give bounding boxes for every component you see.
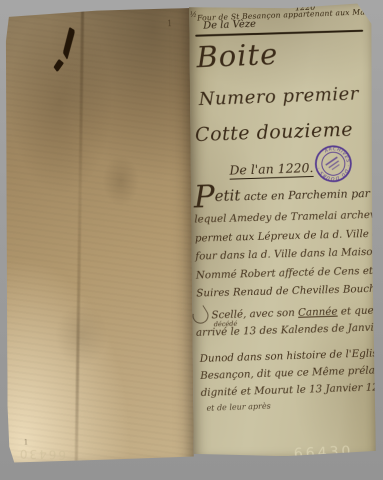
parchment-texture — [4, 8, 194, 463]
body-paragraph-2: Scellé, avec son Cannée et quel archevêq… — [195, 305, 374, 339]
body-line: Suires Renaud de Chevilles Boucher. — [196, 280, 374, 303]
body-paragraph-3: Dunod dans son histoire de l'Eglise de B… — [199, 345, 375, 401]
right-page: ½ 1220 Four de St Besançon appartenant a… — [189, 3, 376, 457]
interline-insertion: décédé — [214, 320, 238, 329]
body-paragraph-1: Petit acte en Parchemin par lequel Amede… — [193, 180, 374, 303]
title-boite: Boite — [196, 37, 279, 75]
margin-fraction-mark: ½ — [190, 11, 197, 19]
catalog-number: 66430 — [294, 444, 354, 463]
p2-underlined-word: Cannée — [298, 306, 338, 319]
header-line-2: De la Vèze — [203, 19, 256, 32]
title-date-line: De l'an 1220. — [229, 160, 314, 180]
scanned-manuscript: 1 1 66430 ½ 1220 Four de St Besançon app… — [0, 0, 383, 480]
pen-flourish — [189, 305, 211, 327]
p2-text-post: et quel archevêque — [337, 303, 383, 318]
catalog-number-inverted: 66430 — [18, 447, 67, 462]
small-pencil-mark: 1 — [24, 438, 29, 446]
first-line-rest: acte en Parchemin par — [240, 187, 370, 203]
first-word-rest: etit — [214, 186, 240, 205]
trailing-note: et de leur après — [206, 401, 271, 412]
manuscript-bifolium: 1 1 66430 ½ 1220 Four de St Besançon app… — [0, 0, 383, 480]
title-numero: Numero premier — [198, 83, 359, 110]
left-page: 1 1 66430 — [4, 8, 194, 463]
left-page-number: 1 — [167, 19, 172, 28]
